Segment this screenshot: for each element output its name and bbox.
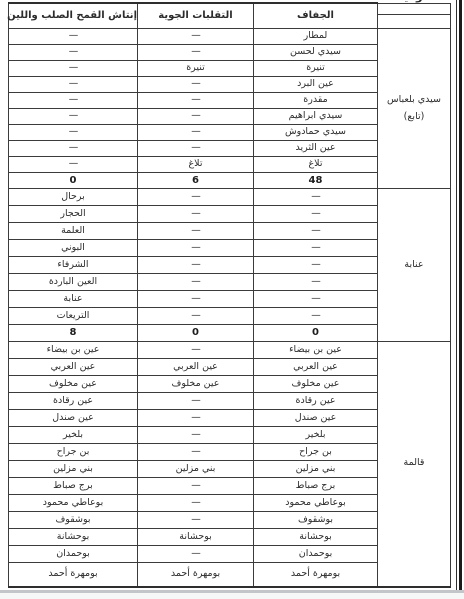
cell-intash: بومهرة أحمد — [9, 563, 138, 587]
totals-cell-jafaf: 48 — [254, 173, 378, 189]
cell-jafaf: لمطار — [254, 29, 378, 45]
cell-intash: — — [9, 45, 138, 61]
cell-jafaf: بوشقوف — [254, 512, 378, 529]
cell-taqallubat: — — [138, 393, 254, 410]
cell-intash: — — [9, 61, 138, 77]
cell-taqallubat: — — [138, 240, 254, 257]
cell-taqallubat: تنيرة — [138, 61, 254, 77]
cell-taqallubat: — — [138, 274, 254, 291]
wilaya-section-cell: قالمة — [378, 342, 451, 587]
cell-jafaf: — — [254, 274, 378, 291]
cell-jafaf: — — [254, 206, 378, 223]
cell-intash: بوحمدان — [9, 546, 138, 563]
cell-jafaf: عين صندل — [254, 410, 378, 427]
cell-jafaf: — — [254, 257, 378, 274]
cell-taqallubat: بوحشانة — [138, 529, 254, 546]
cell-intash: عنابة — [9, 291, 138, 308]
cell-intash: — — [9, 109, 138, 125]
cell-jafaf: عين البرد — [254, 77, 378, 93]
cell-jafaf: سيدي ابراهيم — [254, 109, 378, 125]
cell-taqallubat: — — [138, 29, 254, 45]
cell-intash: بني مزلين — [9, 461, 138, 478]
cell-jafaf: بني مزلين — [254, 461, 378, 478]
cell-jafaf: عين بن بيضاء — [254, 342, 378, 359]
cell-jafaf: بوحشانة — [254, 529, 378, 546]
col-header-intash: إنتاش القمح الصلب واللين — [9, 3, 138, 29]
cell-intash: برحال — [9, 189, 138, 206]
cell-jafaf: سيدي لحسن — [254, 45, 378, 61]
totals-cell-taqallubat: 6 — [138, 173, 254, 189]
cell-taqallubat: — — [138, 308, 254, 325]
cell-taqallubat: — — [138, 93, 254, 109]
wilaya-header-cut-line — [378, 14, 450, 15]
cell-intash: العلمة — [9, 223, 138, 240]
cell-taqallubat: — — [138, 512, 254, 529]
cell-taqallubat: — — [138, 257, 254, 274]
table-body: سيدي بلعباس(تابع)لمطار——سيدي لحسن——تنيرة… — [9, 29, 451, 587]
wilaya-name: سيدي بلعباس — [378, 95, 450, 106]
col-header-wilaya: الولاية — [378, 3, 451, 29]
page-below-edge-area — [0, 593, 464, 599]
cell-taqallubat: بني مزلين — [138, 461, 254, 478]
cell-taqallubat: — — [138, 410, 254, 427]
wilaya-header-label: الولاية — [378, 0, 450, 4]
cell-intash: برج صباط — [9, 478, 138, 495]
cell-intash: — — [9, 29, 138, 45]
table-row: عنابة——برحال — [9, 189, 451, 206]
wilaya-name: عنابة — [378, 260, 450, 271]
cell-intash: — — [9, 77, 138, 93]
totals-cell-taqallubat: 0 — [138, 325, 254, 342]
cell-intash: بوحشانة — [9, 529, 138, 546]
cell-intash: عين العربي — [9, 359, 138, 376]
cell-intash: عين صندل — [9, 410, 138, 427]
cell-jafaf: بومهرة أحمد — [254, 563, 378, 587]
col-header-taqallubat: التقلبات الجوية — [138, 3, 254, 29]
col-header-jafaf: الجفاف — [254, 3, 378, 29]
cell-jafaf: عين رقادة — [254, 393, 378, 410]
scanned-document-page: الولاية الجفاف التقلبات الجوية إنتاش الق… — [0, 0, 464, 599]
cell-jafaf: بوعاطي محمود — [254, 495, 378, 512]
cell-taqallubat: — — [138, 206, 254, 223]
page-edge-line-inner — [456, 0, 458, 591]
table-header-row: الولاية الجفاف التقلبات الجوية إنتاش الق… — [9, 3, 451, 29]
cell-intash: — — [9, 157, 138, 173]
cell-taqallubat: — — [138, 141, 254, 157]
cell-intash: بوشقوف — [9, 512, 138, 529]
cell-intash: — — [9, 93, 138, 109]
cell-intash: بلخير — [9, 427, 138, 444]
cell-intash: عين رقادة — [9, 393, 138, 410]
cell-taqallubat: بومهرة أحمد — [138, 563, 254, 587]
table-row: سيدي بلعباس(تابع)لمطار—— — [9, 29, 451, 45]
totals-cell-jafaf: 0 — [254, 325, 378, 342]
wilaya-communes-table: الولاية الجفاف التقلبات الجوية إنتاش الق… — [8, 2, 451, 588]
cell-intash: العين الباردة — [9, 274, 138, 291]
cell-intash: بن جراح — [9, 444, 138, 461]
cell-jafaf: — — [254, 291, 378, 308]
cell-jafaf: تلاغ — [254, 157, 378, 173]
cell-taqallubat: — — [138, 495, 254, 512]
cell-intash: البوني — [9, 240, 138, 257]
cell-taqallubat: عين العربي — [138, 359, 254, 376]
cell-taqallubat: — — [138, 342, 254, 359]
cell-jafaf: بوحمدان — [254, 546, 378, 563]
totals-cell-intash: 8 — [9, 325, 138, 342]
cell-taqallubat: — — [138, 125, 254, 141]
cell-jafaf: — — [254, 189, 378, 206]
cell-jafaf: — — [254, 240, 378, 257]
cell-intash: بوعاطي محمود — [9, 495, 138, 512]
cell-intash: عين مخلوف — [9, 376, 138, 393]
page-edge-line-outer — [459, 0, 462, 591]
cell-taqallubat: — — [138, 77, 254, 93]
cell-taqallubat: — — [138, 478, 254, 495]
wilaya-name-suffix: (تابع) — [378, 112, 450, 123]
cell-intash: — — [9, 125, 138, 141]
cell-taqallubat: — — [138, 291, 254, 308]
cell-jafaf: عين الثريد — [254, 141, 378, 157]
cell-taqallubat: — — [138, 45, 254, 61]
cell-jafaf: عين العربي — [254, 359, 378, 376]
cell-taqallubat: — — [138, 223, 254, 240]
cell-taqallubat: — — [138, 109, 254, 125]
totals-cell-intash: 0 — [9, 173, 138, 189]
wilaya-section-cell: عنابة — [378, 189, 451, 342]
cell-taqallubat: — — [138, 427, 254, 444]
cell-intash: الشرفاء — [9, 257, 138, 274]
cell-intash: عين بن بيضاء — [9, 342, 138, 359]
table-row: قالمةعين بن بيضاء—عين بن بيضاء — [9, 342, 451, 359]
cell-jafaf: سيدي حمادوش — [254, 125, 378, 141]
cell-jafaf: — — [254, 308, 378, 325]
wilaya-section-cell: سيدي بلعباس(تابع) — [378, 29, 451, 189]
cell-taqallubat: — — [138, 546, 254, 563]
cell-intash: — — [9, 141, 138, 157]
cell-jafaf: برج صباط — [254, 478, 378, 495]
cell-jafaf: — — [254, 223, 378, 240]
cell-jafaf: عين مخلوف — [254, 376, 378, 393]
cell-taqallubat: — — [138, 189, 254, 206]
cell-taqallubat: عين مخلوف — [138, 376, 254, 393]
cell-jafaf: تنيرة — [254, 61, 378, 77]
cell-jafaf: بلخير — [254, 427, 378, 444]
cell-taqallubat: — — [138, 444, 254, 461]
cell-jafaf: بن جراح — [254, 444, 378, 461]
cell-taqallubat: تلاغ — [138, 157, 254, 173]
cell-intash: الحجار — [9, 206, 138, 223]
cell-jafaf: مقدرة — [254, 93, 378, 109]
cell-intash: التريعات — [9, 308, 138, 325]
wilaya-name: قالمة — [378, 458, 450, 469]
